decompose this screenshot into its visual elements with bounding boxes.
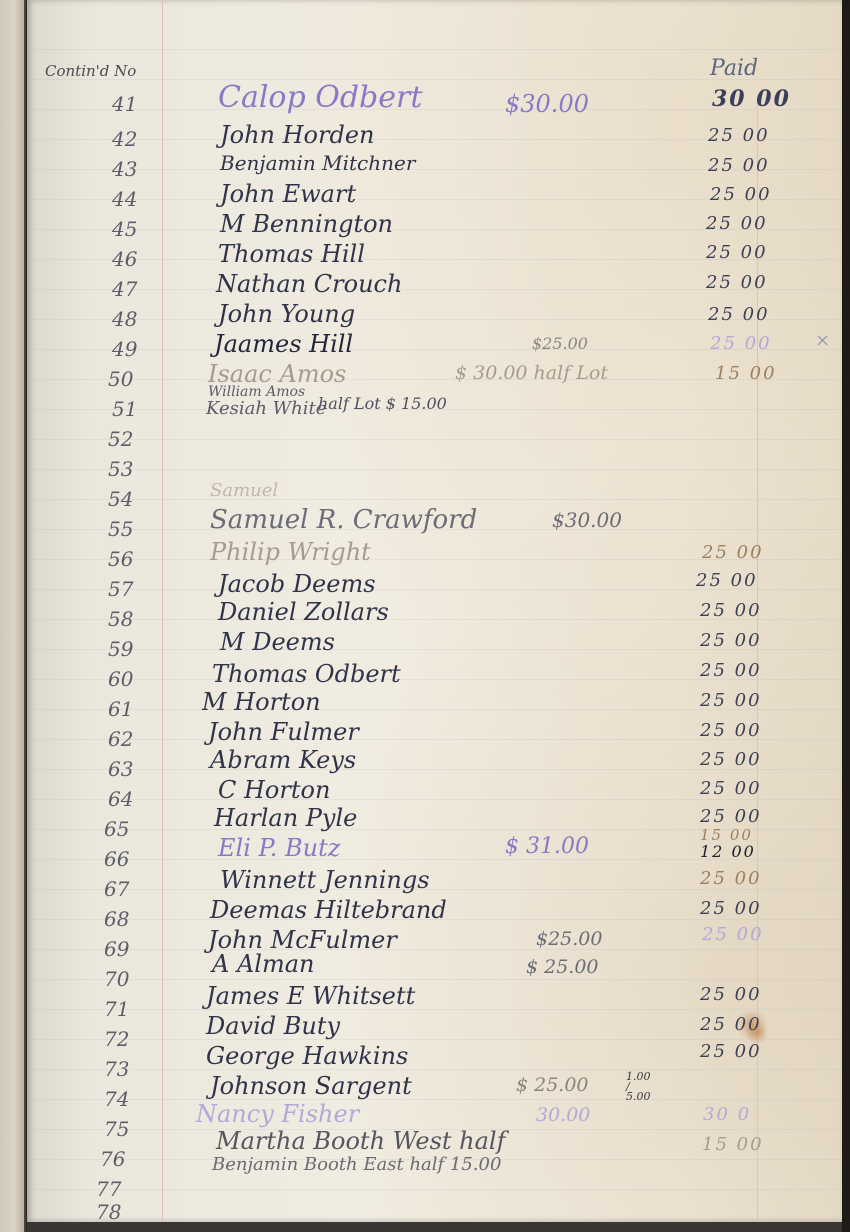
paid-amount-correction: 12 00 [700,842,756,861]
entry-number: 46 [112,247,162,271]
entry-number: 52 [108,427,158,451]
entry-number: 51 [112,397,162,421]
entry-number: 66 [104,847,154,871]
paid-amount: 25 00 [710,333,772,354]
paid-amount: 30 00 [712,86,791,112]
entry-number: 49 [112,337,162,361]
entry-name: Harlan Pyle [214,804,357,832]
entry-number: 58 [108,607,158,631]
entry-number: 59 [108,637,158,661]
entry-number: 78 [96,1200,146,1224]
paid-amount: 15 00 [715,363,777,384]
entry-number: 65 [104,817,154,841]
entry-number: 56 [108,547,158,571]
entry-name: Calop Odbert [218,80,422,115]
entry-name: Jaames Hill [214,330,353,358]
entry-name: John Fulmer [208,718,359,746]
entry-name: Jacob Deems [218,570,376,598]
entry-name: David Buty [206,1012,340,1040]
entry-name: Philip Wright [210,538,371,566]
entry-number: 74 [104,1087,154,1111]
paid-amount: 25 00 [700,984,762,1005]
paid-amount: 25 00 [700,898,762,919]
paid-amount: 25 00 [700,868,762,889]
entry-number: 53 [108,457,158,481]
entry-number: 41 [112,92,162,116]
entry-name: M Horton [202,688,321,716]
entry-number: 45 [112,217,162,241]
entry-note: $ 30.00 half Lot [455,362,608,384]
entry-name: C Horton [218,776,330,804]
entry-name: Samuel R. Crawford [210,505,477,535]
paid-amount: 25 00 [702,924,764,945]
entry-name: John Young [218,300,355,328]
entry-number: 48 [112,307,162,331]
paid-amount: 25 00 [700,1014,762,1035]
entry-name: Thomas Odbert [212,660,401,688]
entry-number: 55 [108,517,158,541]
entry-note: $ 31.00 [505,834,589,859]
entry-name: John Ewart [220,180,356,208]
entry-note: $30.00 [505,90,589,118]
entry-name: Eli P. Butz [218,834,340,862]
page-bottom-edge [27,1222,842,1232]
paid-amount: 25 00 [696,570,758,591]
paid-amount: 25 00 [710,184,772,205]
entry-name: Nancy Fisher [196,1100,359,1128]
entry-number: 44 [112,187,162,211]
entry-number: 43 [112,157,162,181]
entry-name: M Bennington [220,210,393,238]
paid-amount: 25 00 [700,778,762,799]
paid-amount: 25 00 [706,242,768,263]
paid-amount: 25 00 [700,806,762,827]
entry-name: Winnett Jennings [220,866,430,894]
paid-amount: 25 00 [708,155,770,176]
paid-amount: 25 00 [702,542,764,563]
paid-amount: 25 00 [706,213,768,234]
paid-amount: 25 00 [706,272,768,293]
entry-note: $ 25.00 [526,956,599,978]
entry-name: Deemas Hiltebrand [210,896,447,924]
entry-number: 47 [112,277,162,301]
entry-name: Benjamin Booth East half 15.00 [212,1154,501,1175]
entry-name: Samuel [210,480,278,501]
facing-page-edge [0,0,26,1232]
paid-amount: 25 00 [700,749,762,770]
entry-number: 60 [108,667,158,691]
entry-note: $25.00 [536,928,602,950]
entry-number: 61 [108,697,158,721]
entry-number: 63 [108,757,158,781]
entry-number: 71 [104,997,154,1021]
entry-number: 72 [104,1027,154,1051]
entry-number: 64 [108,787,158,811]
paid-amount: 25 00 [700,1041,762,1062]
paid-amount: 25 00 [700,690,762,711]
paid-amount: 25 00 [700,720,762,741]
entry-number: 77 [96,1177,146,1201]
entry-number: 50 [108,367,168,391]
entry-note: $ 25.00 [516,1074,589,1096]
entry-number: 75 [104,1117,154,1141]
paid-amount: 25 00 [700,630,762,651]
entry-name: Benjamin Mitchner [220,151,415,175]
paid-column-header: Paid [710,56,758,81]
paid-amount: 25 00 [708,304,770,325]
entry-name: James E Whitsett [206,982,415,1010]
entry-number: 73 [104,1057,154,1081]
entry-name: Martha Booth West half [216,1127,506,1155]
entry-name: M Deems [220,628,335,656]
entry-name: George Hawkins [206,1042,408,1070]
entry-number: 69 [104,937,154,961]
entry-note: $25.00 [532,334,588,353]
check-mark: × [815,330,830,351]
entry-name: Abram Keys [210,746,356,774]
entry-number: 76 [100,1147,150,1171]
entry-number: 70 [104,967,154,991]
entry-name: Nathan Crouch [216,270,402,298]
entry-number: 57 [108,577,158,601]
paid-amount: 15 00 [702,1134,764,1155]
entry-name: Johnson Sargent [210,1072,412,1100]
entry-note-extra: 1.00 / 5.00 [626,1072,656,1102]
entry-number: 42 [112,127,162,151]
entry-note: $30.00 [552,508,622,532]
book-cover-edge [842,0,850,1232]
margin-rule [162,0,163,1222]
entry-name: Thomas Hill [218,240,365,268]
entry-name: Kesiah White [206,398,326,419]
entry-name: Daniel Zollars [218,598,389,626]
entry-number: 68 [104,907,154,931]
entry-number: 62 [108,727,158,751]
number-column-header: Contin'd No [45,62,136,80]
entry-name: John Horden [220,121,375,149]
entry-number: 54 [108,487,158,511]
entry-note: 30.00 [536,1104,590,1126]
paid-amount: 30 0 [703,1104,751,1125]
paid-amount: 25 00 [708,125,770,146]
entry-note: half Lot $ 15.00 [318,394,447,413]
entry-number: 67 [104,877,154,901]
paid-amount: 25 00 [700,600,762,621]
entry-name: A Alman [212,950,315,978]
paid-amount: 25 00 [700,660,762,681]
